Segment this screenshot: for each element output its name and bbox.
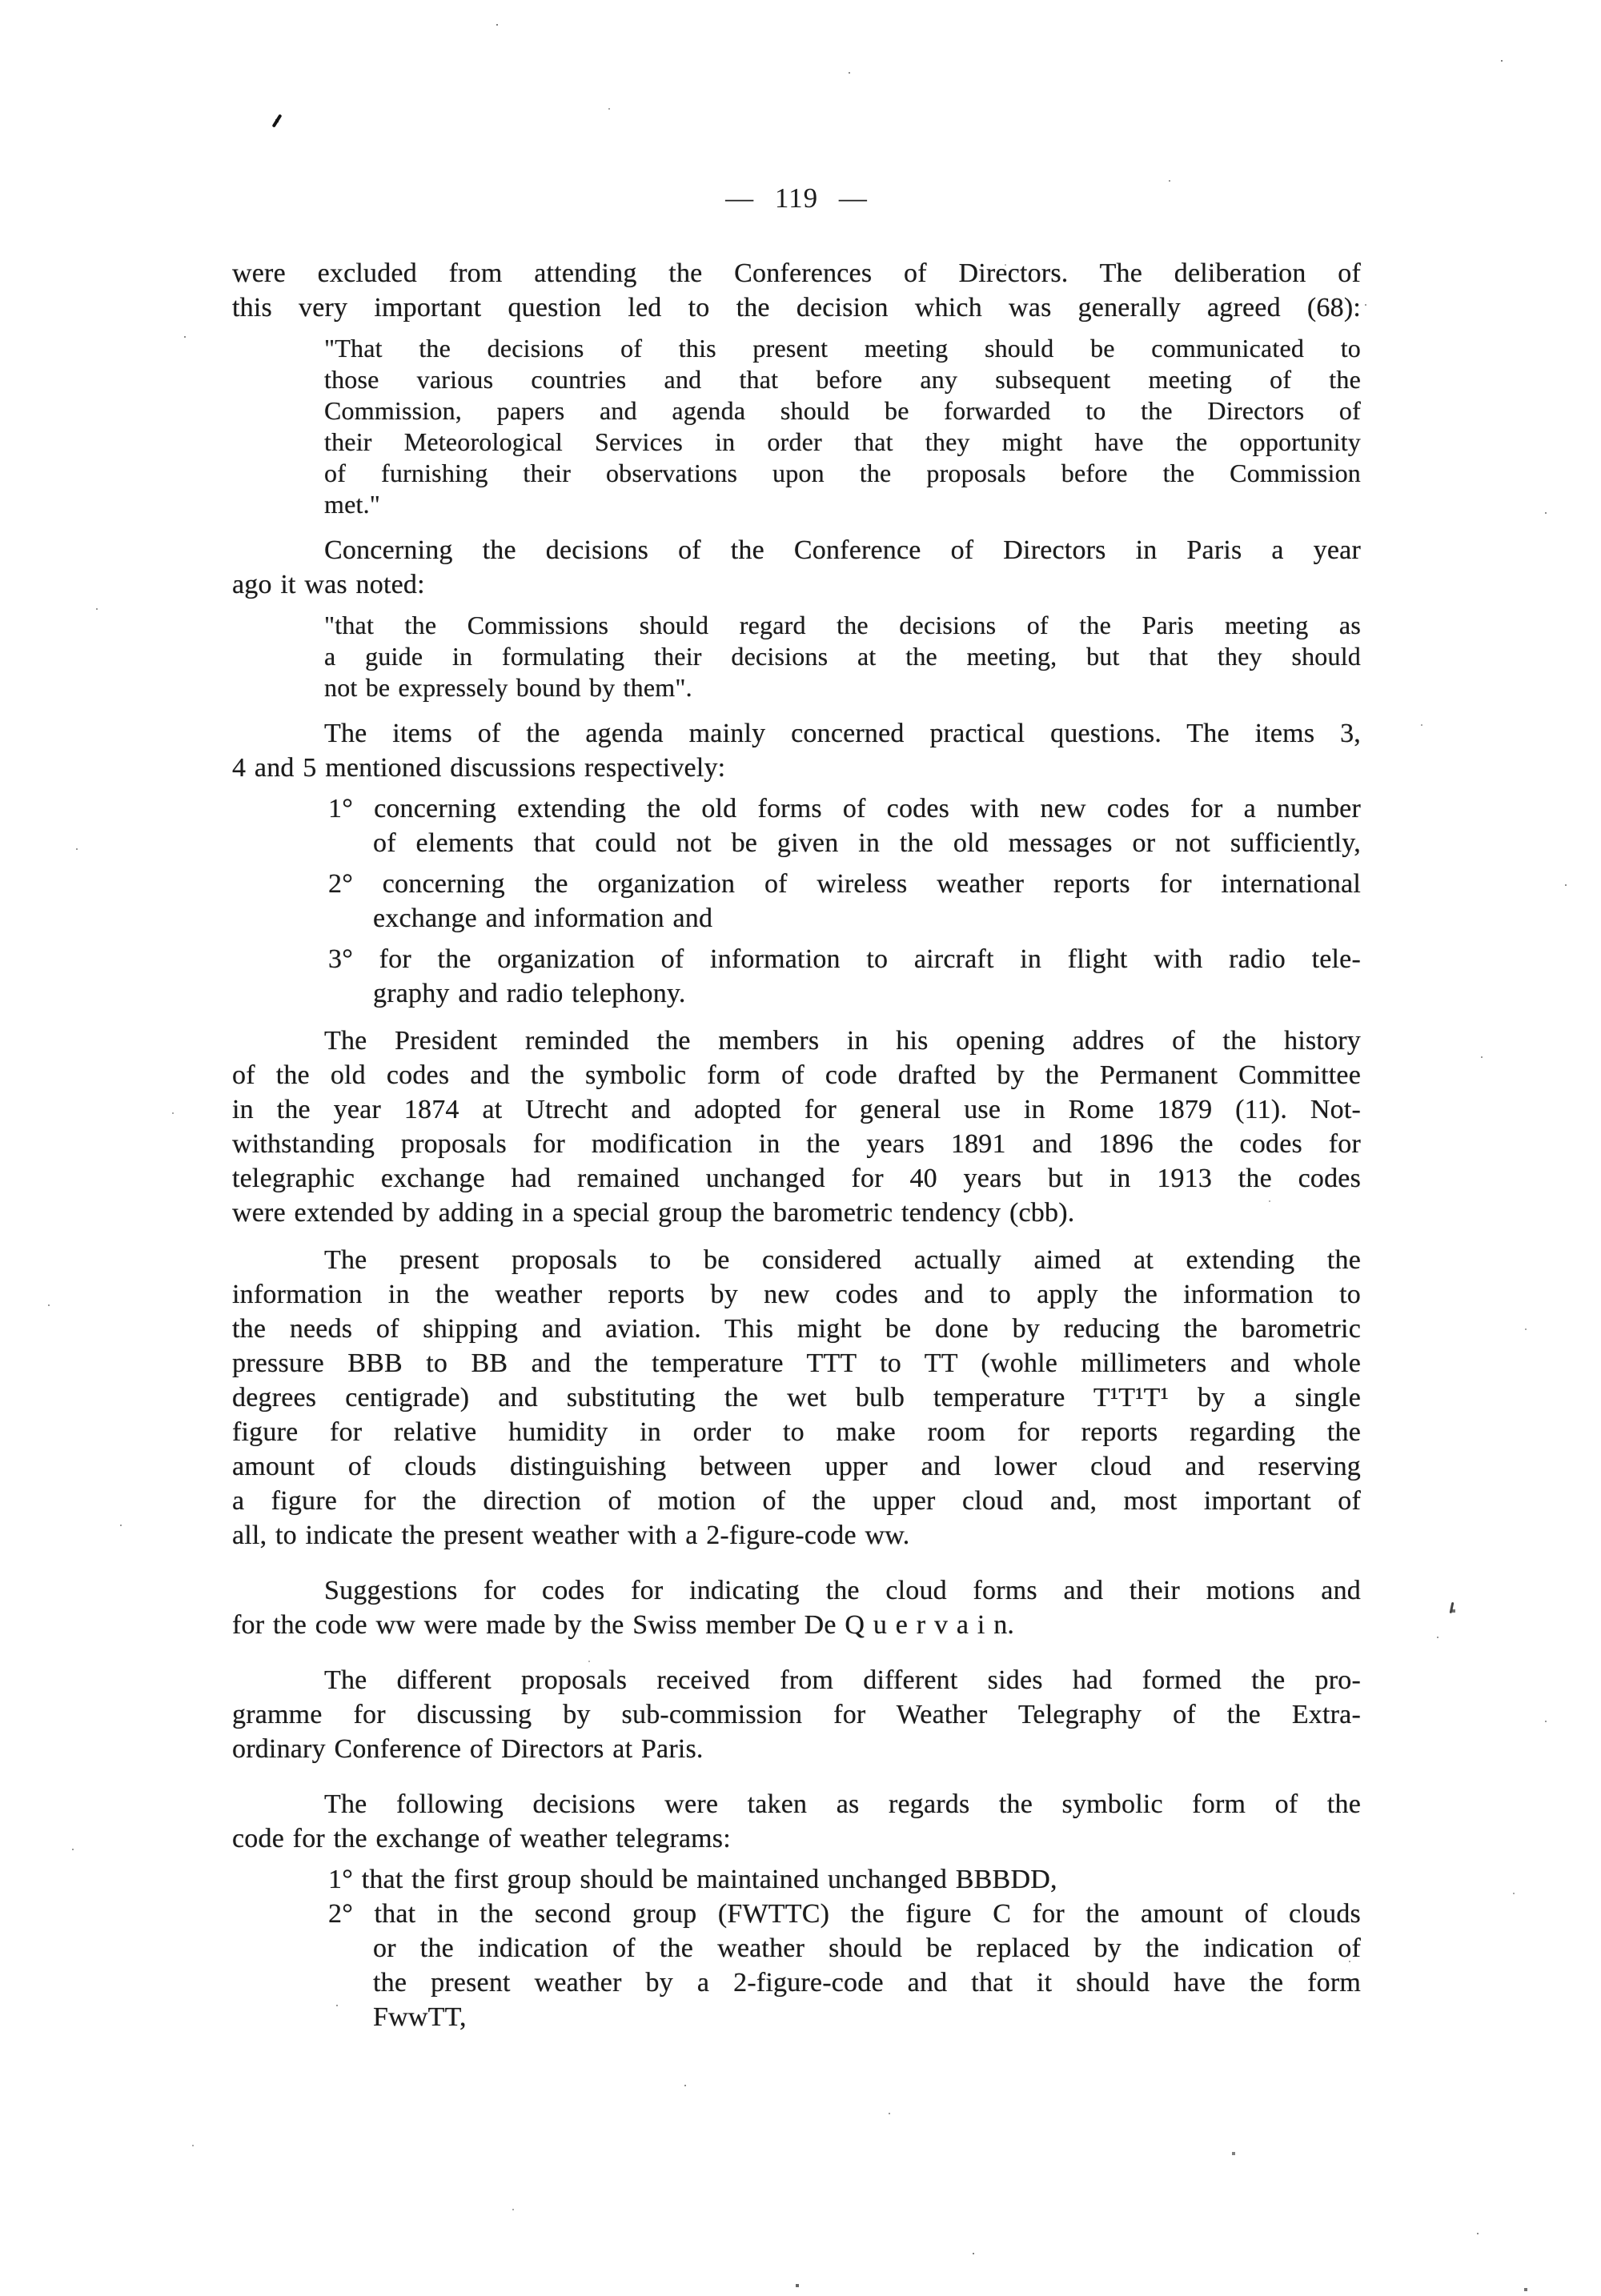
document-text: were excluded from attending the Confere… bbox=[232, 256, 1361, 2034]
text-line: exchange and information and bbox=[232, 901, 1361, 936]
list-item: 2° concerning the organization of wirele… bbox=[232, 867, 1361, 936]
text-line: Concerning the decisions of the Conferen… bbox=[232, 533, 1361, 567]
text-line: Commission, papers and agenda should be … bbox=[232, 395, 1361, 427]
text-line: the needs of shipping and aviation. This… bbox=[232, 1312, 1361, 1346]
text-line: of furnishing their observations upon th… bbox=[232, 458, 1361, 489]
text-line: FwwTT, bbox=[232, 2000, 1361, 2034]
text-line: graphy and radio telephony. bbox=[232, 976, 1361, 1011]
text-line: degrees centigrade) and substituting the… bbox=[232, 1380, 1361, 1415]
text-line: not be expressely bound by them". bbox=[232, 672, 1361, 703]
scan-artifact bbox=[272, 114, 283, 127]
text-line: 4 and 5 mentioned discussions respective… bbox=[232, 751, 1361, 785]
text-line: were excluded from attending the Confere… bbox=[232, 256, 1361, 291]
list-item: 1° that the first group should be mainta… bbox=[232, 1862, 1361, 1897]
text-line: 2° that in the second group (FWTTC) the … bbox=[232, 1897, 1361, 1931]
text-line: withstanding proposals for modification … bbox=[232, 1127, 1361, 1161]
list-item: 1° concerning extending the old forms of… bbox=[232, 791, 1361, 860]
paragraph: The following decisions were taken as re… bbox=[232, 1787, 1361, 1856]
text-line: The following decisions were taken as re… bbox=[232, 1787, 1361, 1821]
text-line: of the old codes and the symbolic form o… bbox=[232, 1058, 1361, 1092]
text-line: all, to indicate the present weather wit… bbox=[232, 1518, 1361, 1553]
text-line: were extended by adding in a special gro… bbox=[232, 1196, 1361, 1230]
text-line: in the year 1874 at Utrecht and adopted … bbox=[232, 1092, 1361, 1127]
text-line: code for the exchange of weather telegra… bbox=[232, 1821, 1361, 1856]
text-line: telegraphic exchange had remained unchan… bbox=[232, 1161, 1361, 1196]
list-item: 3° for the organization of information t… bbox=[232, 942, 1361, 1011]
text-line: figure for relative humidity in order to… bbox=[232, 1415, 1361, 1449]
text-line: 1° that the first group should be mainta… bbox=[232, 1862, 1361, 1897]
text-line: The different proposals received from di… bbox=[232, 1663, 1361, 1697]
page-number: — 119 — bbox=[232, 182, 1361, 214]
list-item: 2° that in the second group (FWTTC) the … bbox=[232, 1897, 1361, 2034]
text-line: amount of clouds distinguishing between … bbox=[232, 1449, 1361, 1484]
block-quote: "that the Commissions should regard the … bbox=[232, 610, 1361, 703]
paragraph: The items of the agenda mainly concerned… bbox=[232, 716, 1361, 785]
text-line: 2° concerning the organization of wirele… bbox=[232, 867, 1361, 901]
text-line: The President reminded the members in hi… bbox=[232, 1024, 1361, 1058]
paragraph: were excluded from attending the Confere… bbox=[232, 256, 1361, 325]
text-line: the present weather by a 2-figure-code a… bbox=[232, 1965, 1361, 2000]
scan-artifact bbox=[1450, 1602, 1455, 1613]
text-line: for the code ww were made by the Swiss m… bbox=[232, 1608, 1361, 1642]
text-line: gramme for discussing by sub-commission … bbox=[232, 1697, 1361, 1732]
paragraph: The President reminded the members in hi… bbox=[232, 1024, 1361, 1230]
text-line: The present proposals to be considered a… bbox=[232, 1243, 1361, 1277]
text-line: information in the weather reports by ne… bbox=[232, 1277, 1361, 1312]
text-line: ago it was noted: bbox=[232, 567, 1361, 602]
text-line: "that the Commissions should regard the … bbox=[232, 610, 1361, 641]
paragraph: Concerning the decisions of the Conferen… bbox=[232, 533, 1361, 602]
text-line: The items of the agenda mainly concerned… bbox=[232, 716, 1361, 751]
paragraph: Suggestions for codes for indicating the… bbox=[232, 1573, 1361, 1642]
text-line: a figure for the direction of motion of … bbox=[232, 1484, 1361, 1518]
text-line: ordinary Conference of Directors at Pari… bbox=[232, 1732, 1361, 1766]
text-line: this very important question led to the … bbox=[232, 291, 1361, 325]
text-line: 3° for the organization of information t… bbox=[232, 942, 1361, 976]
text-line: pressure BBB to BB and the temperature T… bbox=[232, 1346, 1361, 1380]
scanned-page: — 119 — were excluded from attending the… bbox=[0, 0, 1601, 2296]
block-quote: "That the decisions of this present meet… bbox=[232, 333, 1361, 520]
text-line: a guide in formulating their decisions a… bbox=[232, 641, 1361, 672]
scan-noise bbox=[0, 0, 2, 2]
text-line: Suggestions for codes for indicating the… bbox=[232, 1573, 1361, 1608]
text-line: or the indication of the weather should … bbox=[232, 1931, 1361, 1965]
text-line: "That the decisions of this present meet… bbox=[232, 333, 1361, 364]
text-line: met." bbox=[232, 489, 1361, 520]
text-line: 1° concerning extending the old forms of… bbox=[232, 791, 1361, 826]
text-line: those various countries and that before … bbox=[232, 364, 1361, 395]
text-line: their Meteorological Services in order t… bbox=[232, 427, 1361, 458]
paragraph: The different proposals received from di… bbox=[232, 1663, 1361, 1766]
paragraph: The present proposals to be considered a… bbox=[232, 1243, 1361, 1553]
text-line: of elements that could not be given in t… bbox=[232, 826, 1361, 860]
